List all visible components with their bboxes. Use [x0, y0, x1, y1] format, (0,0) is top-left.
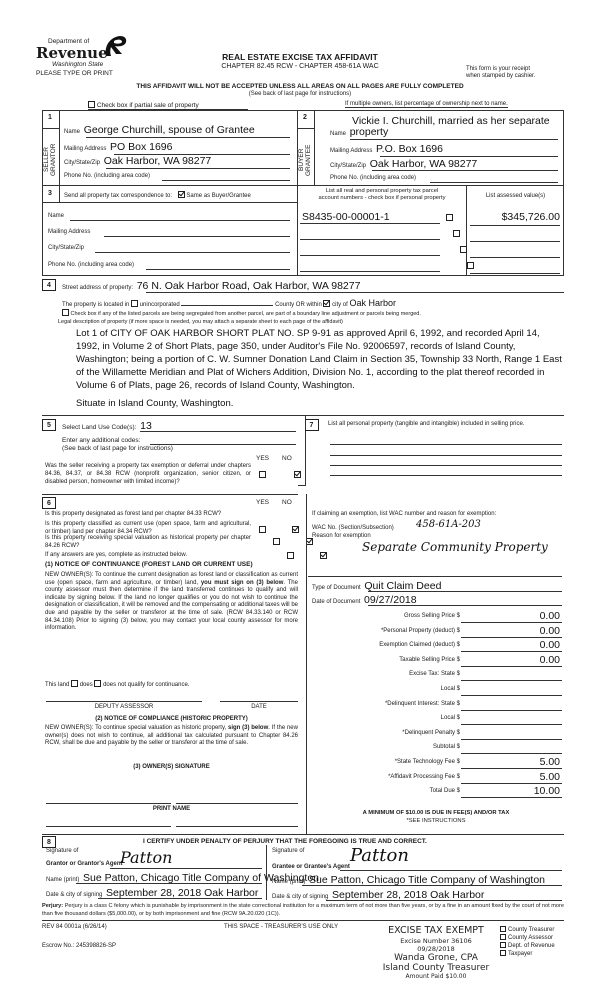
print-name-line-1[interactable] [46, 826, 171, 827]
amount-label: Local $ [312, 686, 460, 692]
receipt-note-1: This form is your receipt [466, 66, 530, 72]
revenue-label: Revenue [36, 44, 108, 62]
seller-phone-field[interactable] [162, 180, 290, 181]
buyer-city-row: City/State/Zip Oak Harbor, WA 98277 [330, 158, 477, 170]
amount-label: Total Due $ [312, 788, 460, 794]
amount-label: *Delinquent Penalty $ [312, 730, 460, 736]
copy-item: County Treasurer [500, 926, 555, 934]
treasurer-use: THIS SPACE - TREASURER'S USE ONLY [224, 924, 338, 930]
seller-name[interactable]: George Churchill, spouse of Grantee [84, 124, 255, 136]
section-6-number: 6 [42, 497, 56, 509]
grantee-sig-of: Signature of [272, 848, 304, 854]
owner-signature-label: (3) OWNER(S) SIGNATURE [45, 764, 298, 770]
seller-city-row: City/State/Zip Oak Harbor, WA 98277 [64, 155, 290, 167]
grantor-agent-label: Grantor or Grantor's Agent [46, 861, 123, 867]
corr-name-label: Name [48, 213, 64, 219]
buyer-mailing-row: Mailing Address P.O. Box 1696 [330, 143, 443, 155]
escrow-number: Escrow No.: 245398826-SP [42, 943, 116, 949]
grantor-signature[interactable]: Patton [120, 848, 172, 867]
unincorporated-checkbox[interactable] [131, 300, 138, 307]
s5-no-checkbox[interactable] [294, 471, 301, 478]
s6-yes-checkbox[interactable] [259, 526, 266, 533]
owner-signature-line-2[interactable] [176, 803, 298, 804]
amount-label: Exemption Claimed (deduct) $ [312, 642, 460, 648]
does-not-qualify-checkbox[interactable] [94, 680, 101, 687]
additional-note: (See back of last page for instructions) [62, 445, 173, 452]
s6-yes-checkbox[interactable] [273, 538, 280, 545]
personal-property-label: List all personal property (tangible and… [328, 421, 524, 427]
city-of-checkbox[interactable] [323, 300, 330, 307]
deputy-assessor-signature-line[interactable] [46, 701, 202, 702]
amount-label: *Delinquent Interest: State $ [312, 701, 460, 707]
grantee-agent-label: Grantee or Grantee's Agent [272, 864, 350, 870]
please-type: PLEASE TYPE OR PRINT [36, 70, 113, 77]
s5-no-header: NO [282, 455, 292, 462]
print-name-line-2[interactable] [176, 826, 298, 827]
exemption-question: Was the seller receiving a property tax … [45, 462, 251, 486]
copy-checkbox[interactable] [500, 926, 506, 932]
copy-item: County Assessor [500, 934, 555, 942]
copy-checkbox[interactable] [500, 934, 506, 940]
amount-value[interactable]: 0.00 [460, 639, 560, 651]
location-row: The property is located in unincorporate… [62, 298, 396, 308]
s6-yes-checkbox[interactable] [287, 552, 294, 559]
stamp-excise: Excise Number 36106 [372, 937, 500, 945]
parcel-number[interactable]: S8435-00-00001-1 [302, 211, 390, 223]
s6-no-checkbox[interactable] [320, 552, 327, 559]
buyer-name-row: Name property [330, 126, 388, 138]
corr-name-field[interactable] [70, 220, 290, 221]
grantee-signature[interactable]: Patton [350, 845, 409, 866]
land-use-row: Select Land Use Code(s): 13 [62, 420, 152, 432]
amount-value[interactable]: 0.00 [460, 610, 560, 622]
corr-mailing-label: Mailing Address [48, 229, 90, 235]
stamp-date: 09/28/2018 [372, 945, 500, 953]
correspondence-row: Send all property tax correspondence to:… [64, 191, 251, 199]
amount-label: Local $ [312, 715, 460, 721]
amount-label: Taxable Selling Price $ [312, 657, 460, 663]
seller-city[interactable]: Oak Harbor, WA 98277 [104, 155, 212, 167]
see-back-note: (See back of last page for instructions) [60, 91, 540, 97]
segregated-row: Check box if any of the listed parcels a… [62, 309, 421, 317]
corr-city-label: City/State/Zip [48, 245, 84, 251]
buyer-phone-field[interactable] [430, 182, 558, 183]
s6-no-checkbox[interactable] [292, 526, 299, 533]
owner-signature-line-1[interactable] [46, 803, 171, 804]
notice1-text: NEW OWNER(S): To continue the current de… [45, 572, 298, 633]
rev-number: REV 84 0001a (6/26/14) [42, 924, 107, 930]
seller-mailing-row: Mailing Address PO Box 1696 [64, 141, 290, 153]
personal-property-checkbox[interactable] [467, 262, 474, 269]
perjury-notice: Perjury: Perjury is a class C felony whi… [42, 903, 566, 918]
wac-label: WAC No. (Section/Subsection) [312, 525, 394, 531]
warning-text: THIS AFFIDAVIT WILL NOT BE ACCEPTED UNLE… [60, 83, 540, 90]
s6-question: Is this property receiving special valua… [45, 534, 251, 550]
s6-question: Is this property designated as forest la… [45, 510, 251, 518]
personal-property-line[interactable] [330, 455, 562, 456]
dor-logo: Department of Revenue Washington State [36, 38, 136, 70]
corr-phone-field[interactable] [146, 269, 290, 270]
s6-yes-header: YES [256, 499, 269, 506]
s6-no-header: NO [282, 499, 292, 506]
street-row: Street address of property: 76 N. Oak Ha… [62, 280, 360, 292]
personal-property-checkbox[interactable] [453, 230, 460, 237]
segregated-checkbox[interactable] [62, 309, 69, 316]
s6-no-checkbox[interactable] [306, 538, 313, 545]
section-4-number: 4 [42, 279, 56, 291]
personal-property-line[interactable] [330, 444, 562, 445]
buyer-mailing[interactable]: P.O. Box 1696 [376, 143, 443, 155]
wac-number[interactable]: 458-61A-203 [416, 519, 481, 530]
buyer-name-line2[interactable]: property [350, 126, 389, 138]
section-5-number: 5 [42, 419, 56, 431]
section-3-number: 3 [48, 190, 52, 197]
section-2-number: 2 [303, 114, 307, 121]
minimum-due: A MINIMUM OF $10.00 IS DUE IN FEE(S) AND… [310, 810, 562, 816]
amount-label: *Affidavit Processing Fee $ [312, 774, 460, 780]
seller-grantor-label: SELLERGRANTOR [43, 140, 58, 180]
amount-label: Gross Selling Price $ [312, 613, 460, 619]
copy-checkbox[interactable] [500, 950, 506, 956]
reason-label: Reason for exemption [312, 533, 371, 539]
continuance-row: This land does does not qualify for cont… [45, 680, 189, 688]
exemption-intro: If claiming an exemption, list WAC numbe… [312, 511, 496, 517]
copy-checkbox[interactable] [500, 942, 506, 948]
copy-item: Taxpayer [500, 950, 555, 958]
personal-property-checkbox[interactable] [460, 246, 467, 253]
notice1-title: (1) NOTICE OF CONTINUANCE (FOREST LAND O… [45, 561, 253, 568]
personal-property-line[interactable] [330, 475, 562, 476]
does-qualify-checkbox[interactable] [71, 680, 78, 687]
amount-value[interactable]: 5.00 [460, 756, 560, 768]
amount-value[interactable]: 5.00 [460, 771, 560, 783]
seller-name-row: Name George Churchill, spouse of Grantee [64, 124, 290, 136]
see-instructions: *SEE INSTRUCTIONS [310, 818, 562, 824]
legal-label: Legal description of property (if more s… [58, 319, 343, 325]
stamp-name: Wanda Grone, CPA [372, 953, 500, 963]
certify-text: I CERTIFY UNDER PENALTY OF PERJURY THAT … [143, 838, 427, 845]
parcel-header: List all real and personal property tax … [298, 188, 466, 202]
assessed-value[interactable]: $345,726.00 [470, 211, 560, 223]
treasurer-stamp: EXCISE TAX EXEMPT Excise Number 36106 09… [372, 925, 500, 980]
amount-label: *State Technology Fee $ [312, 759, 460, 765]
amount-value[interactable]: 10.00 [460, 785, 560, 797]
city-name[interactable]: Oak Harbor [349, 298, 396, 308]
buyer-phone-row: Phone No. (including area code) [330, 175, 416, 181]
exemption-reason[interactable]: Separate Community Property [362, 540, 548, 554]
date-line[interactable] [220, 701, 298, 702]
same-as-buyer-checkbox[interactable] [178, 191, 185, 198]
buyer-city[interactable]: Oak Harbor, WA 98277 [370, 158, 478, 170]
amount-label: Subtotal $ [312, 744, 460, 750]
multiple-owners-note: If multiple owners, list percentage of o… [345, 101, 508, 108]
copy-item: Dept. of Revenue [500, 942, 555, 950]
amount-label: *Personal Property (deduct) $ [312, 628, 460, 634]
section-8-number: 8 [42, 836, 56, 848]
form-title: REAL ESTATE EXCISE TAX AFFIDAVIT [160, 52, 440, 62]
copy-distribution: County TreasurerCounty AssessorDept. of … [500, 926, 555, 958]
stamp-title: EXCISE TAX EXEMPT [372, 925, 500, 936]
seller-mailing[interactable]: PO Box 1696 [110, 141, 172, 153]
partial-sale: Check box if partial sale of property [88, 101, 248, 110]
section-7-number: 7 [305, 419, 319, 431]
receipt-note-2: when stamped by cashier. [466, 73, 535, 79]
state-label: Washington State [52, 61, 103, 68]
amount-value[interactable]: 0.00 [460, 625, 560, 637]
s5-yes-checkbox[interactable] [259, 471, 266, 478]
partial-sale-checkbox[interactable] [88, 101, 95, 108]
print-name-label: PRINT NAME [45, 806, 298, 812]
seller-phone-row: Phone No. (including area code) [64, 173, 150, 179]
section-1-number: 1 [48, 114, 52, 121]
corr-mailing-field[interactable] [104, 236, 290, 237]
dor-logo-icon [102, 34, 128, 58]
assessed-header: List assessed value(s) [467, 193, 564, 199]
personal-property-checkbox[interactable] [446, 214, 453, 221]
stamp-amount: Amount Paid $10.00 [372, 973, 500, 980]
stamp-office: Island County Treasurer [372, 963, 500, 973]
amount-label: Excise Tax: State $ [312, 671, 460, 677]
s5-yes-header: YES [256, 455, 269, 462]
street-address[interactable]: 76 N. Oak Harbor Road, Oak Harbor, WA 98… [137, 280, 361, 292]
grantor-sig-of: Signature of [46, 848, 78, 854]
date-label: DATE [220, 704, 298, 710]
additional-codes-label: Enter any additional codes: [62, 437, 140, 444]
buyer-grantee-label: BUYERGRANTEE [298, 140, 313, 180]
deputy-assessor-label: DEPUTY ASSESSOR [46, 704, 202, 710]
if-yes-note: If any answers are yes, complete as inst… [45, 552, 187, 558]
corr-city-field[interactable] [95, 252, 290, 253]
parcel-list: S8435-00-00001-1$345,726.00 [0, 0, 600, 8]
situate[interactable]: Situate in Island County, Washington. [76, 398, 233, 409]
notice2-text: NEW OWNER(S): To continue special valuat… [45, 725, 298, 748]
s6-question-list: Is this property designated as forest la… [0, 16, 600, 24]
personal-property-line[interactable] [330, 465, 562, 466]
legal-description[interactable]: Lot 1 of CITY OF OAK HARBOR SHORT PLAT N… [76, 327, 566, 392]
notice2-title: (2) NOTICE OF COMPLIANCE (HISTORIC PROPE… [45, 716, 298, 722]
form-chapter: CHAPTER 82.45 RCW - CHAPTER 458-61A WAC [160, 63, 440, 70]
corr-phone-label: Phone No. (including area code) [48, 262, 134, 268]
amount-value[interactable]: 0.00 [460, 654, 560, 666]
